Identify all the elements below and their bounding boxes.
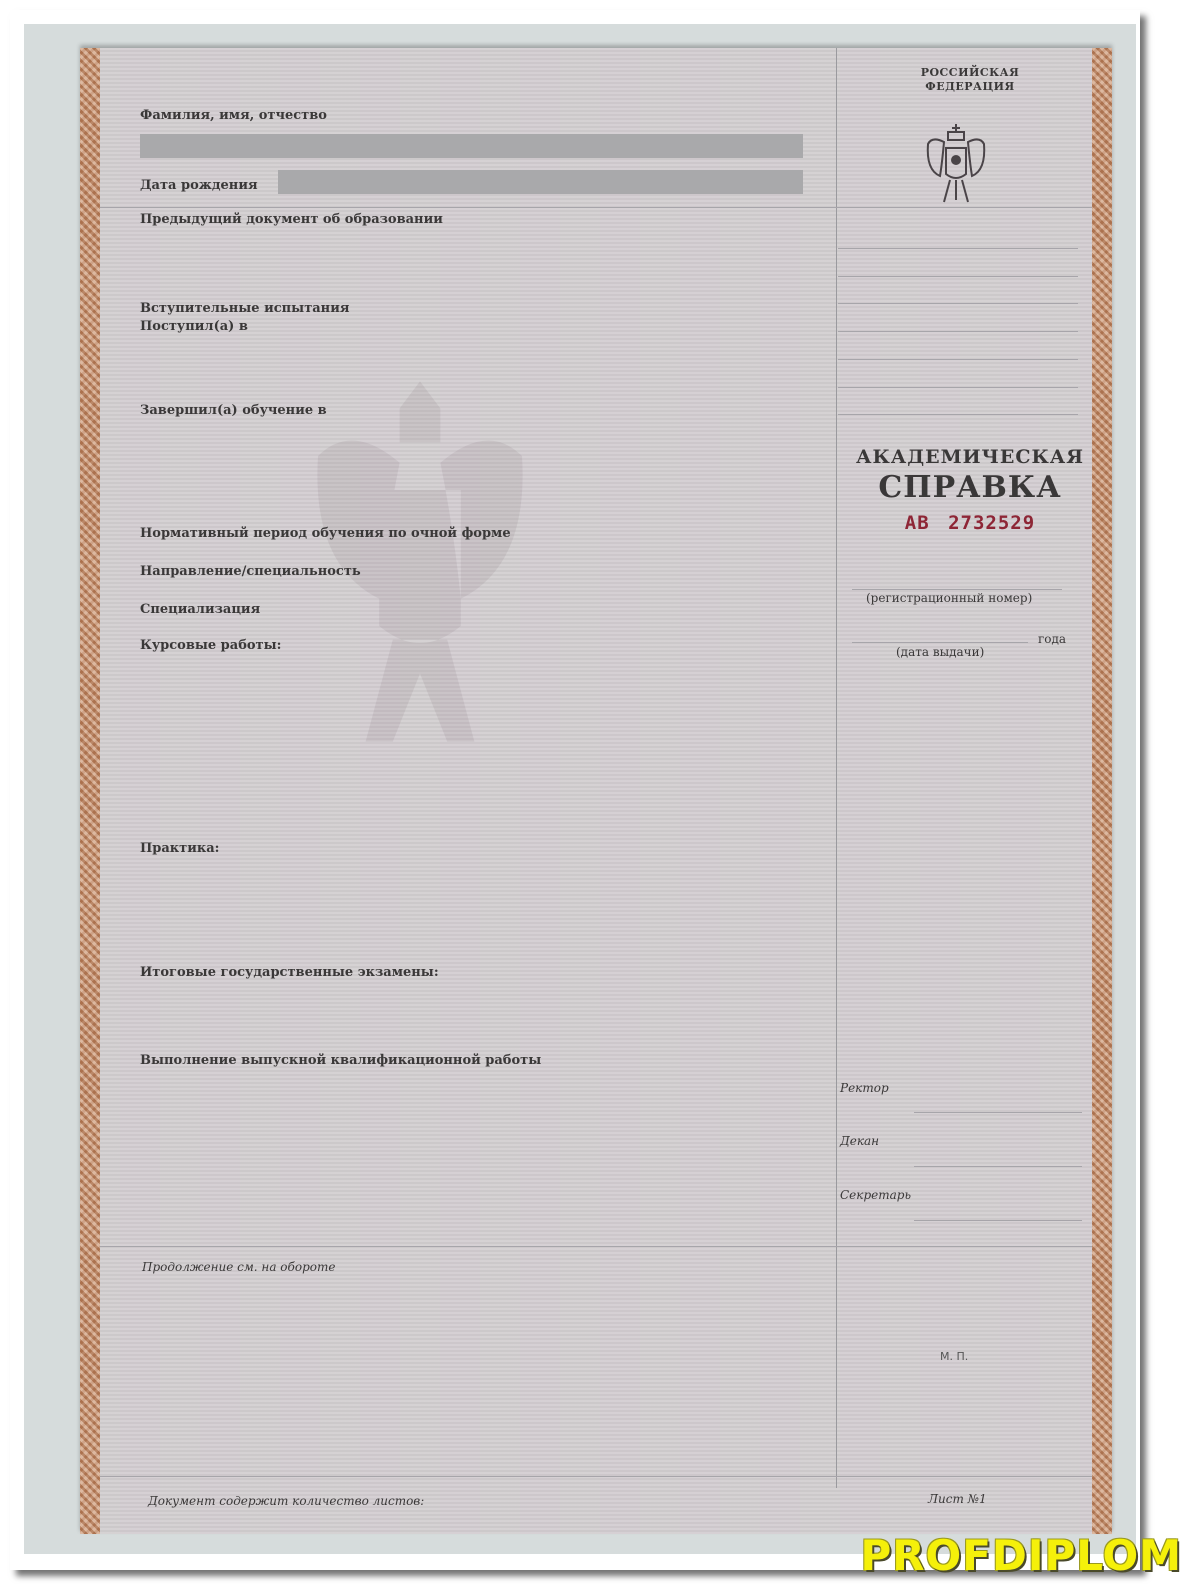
direction-label: Направление/специальность: [140, 564, 361, 579]
fill-line: [838, 414, 1078, 415]
profdiplom-watermark: PROFDIPLOM: [860, 1531, 1182, 1580]
fill-line: [838, 248, 1078, 249]
russian-coat-of-arms-icon: [916, 118, 996, 208]
fill-line: [838, 359, 1078, 360]
fill-line: [838, 276, 1078, 277]
practice-label: Практика:: [140, 841, 220, 856]
normative-period-label: Нормативный период обучения по очной фор…: [140, 526, 511, 541]
rector-signature-line: [914, 1112, 1082, 1113]
continued-note: Продолжение см. на обороте: [142, 1260, 335, 1274]
fill-line: [838, 387, 1078, 388]
thesis-label: Выполнение выпускной квалификационной ра…: [140, 1053, 541, 1068]
country-name: РОССИЙСКАЯ ФЕДЕРАЦИЯ: [842, 66, 1098, 94]
fill-line: [838, 303, 1078, 304]
document-title-line1: АКАДЕМИЧЕСКАЯ: [842, 446, 1098, 468]
column-divider: [836, 48, 837, 1488]
sheet-number: Лист №1: [928, 1492, 987, 1506]
completed-in-label: Завершил(а) обучение в: [140, 403, 327, 418]
reg-number-line: [852, 589, 1062, 590]
document-title-line2: СПРАВКА: [842, 470, 1098, 505]
sheets-count-label: Документ содержит количество листов:: [148, 1494, 424, 1508]
reg-number-caption: (регистрационный номер): [866, 591, 1032, 605]
secretary-label: Секретарь: [840, 1188, 911, 1202]
country-line-1: РОССИЙСКАЯ: [842, 66, 1098, 80]
academic-certificate: Фамилия, имя, отчество Дата рождения Пре…: [80, 48, 1112, 1534]
specialization-label: Специализация: [140, 602, 260, 617]
serial-number: АВ 2732529: [842, 512, 1098, 534]
birth-date-label: Дата рождения: [140, 178, 258, 193]
full-name-label: Фамилия, имя, отчество: [140, 108, 327, 123]
fill-line: [838, 331, 1078, 332]
full-name-value-redacted: [140, 134, 803, 158]
birth-date-value-redacted: [278, 170, 803, 194]
course-works-label: Курсовые работы:: [140, 638, 281, 653]
dean-label: Декан: [840, 1134, 879, 1148]
rector-label: Ректор: [840, 1081, 889, 1095]
entrance-exams-label: Вступительные испытания: [140, 301, 349, 316]
left-guilloche-border: [80, 48, 100, 1534]
bottom-divider: [100, 1476, 1092, 1477]
stamp-place: М. П.: [940, 1350, 968, 1363]
dean-signature-line: [914, 1166, 1082, 1167]
footer-divider: [100, 1246, 1092, 1247]
state-exams-label: Итоговые государственные экзамены:: [140, 965, 439, 980]
right-guilloche-border: [1092, 48, 1112, 1534]
country-line-2: ФЕДЕРАЦИЯ: [842, 80, 1098, 94]
previous-document-label: Предыдущий документ об образовании: [140, 212, 443, 227]
issue-date-caption: (дата выдачи): [896, 645, 984, 659]
year-suffix: года: [1038, 632, 1066, 646]
secretary-signature-line: [914, 1220, 1082, 1221]
issue-date-line: [852, 642, 1028, 643]
header-divider: [100, 207, 836, 208]
enrolled-in-label: Поступил(а) в: [140, 319, 248, 334]
